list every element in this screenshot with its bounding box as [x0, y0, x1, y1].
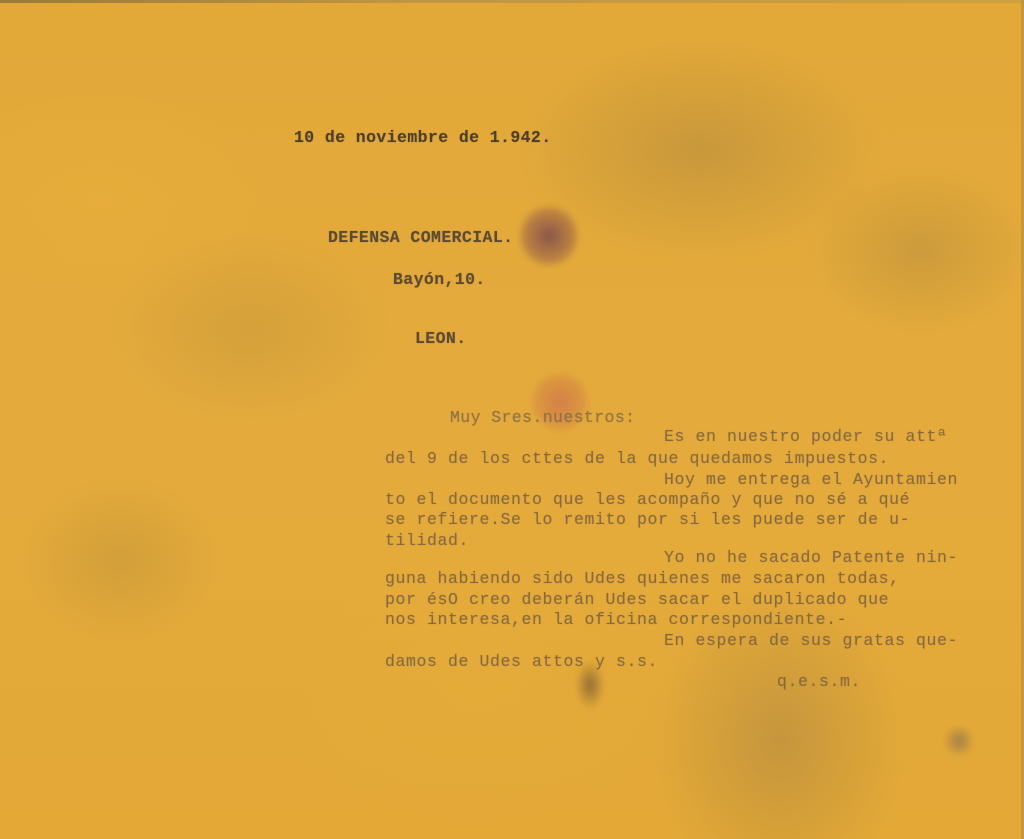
paper-top-edge — [0, 0, 1024, 3]
recipient-city: LEON. — [415, 329, 467, 348]
body-line: se refiere.Se lo remito por si les puede… — [385, 510, 910, 529]
recipient-name: DEFENSA COMERCIAL. — [328, 228, 513, 247]
body-line: Yo no he sacado Patente nin- — [664, 548, 958, 567]
body-line: por ésO creo deberán Udes sacar el dupli… — [385, 590, 889, 609]
body-line: nos interesa,en la oficina correspondien… — [385, 610, 847, 629]
body-line: damos de Udes attos y s.s. — [385, 652, 658, 671]
recipient-street: Bayón,10. — [393, 270, 486, 289]
ink-stain — [520, 205, 578, 267]
smudge — [945, 725, 973, 757]
closing: q.e.s.m. — [777, 672, 861, 691]
body-line: tilidad. — [385, 531, 469, 550]
body-line: Hoy me entrega el Ayuntamien — [664, 470, 958, 489]
body-line: del 9 de los cttes de la que quedamos im… — [385, 449, 889, 468]
body-line: to el documento que les acompaño y que n… — [385, 490, 910, 509]
letter-date: 10 de noviembre de 1.942. — [294, 128, 552, 147]
body-line: En espera de sus gratas que- — [664, 631, 958, 650]
salutation: Muy Sres.nuestros: — [450, 408, 635, 427]
body-line: Es en nuestro poder su attª — [664, 427, 948, 446]
body-line: guna habiendo sido Udes quienes me sacar… — [385, 569, 900, 588]
